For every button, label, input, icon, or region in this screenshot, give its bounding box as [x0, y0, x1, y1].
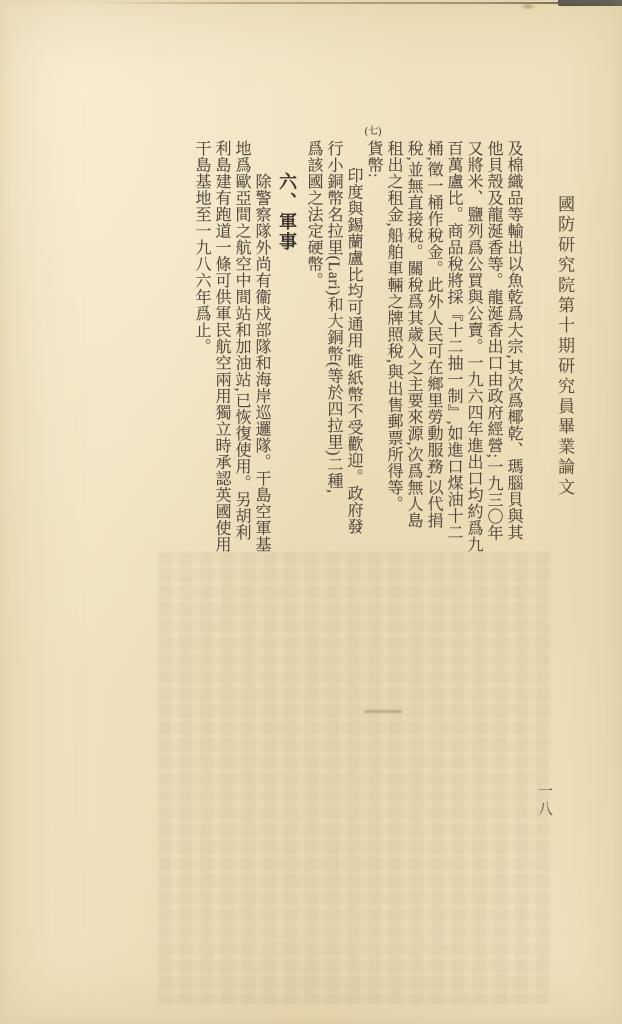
subsection-label-currency: (七)貨幣: [363, 127, 383, 547]
scan-top-edge-line [88, 2, 622, 4]
section-heading-military: 六、軍事 [275, 140, 299, 560]
text-column: 行小銅幣名拉里(Lari)和大銅幣(等於四拉里)二種, [323, 140, 343, 560]
paper-background: 國防研究院第十期研究員畢業論文 及棉織品等輸出以魚乾爲大宗,其次爲椰乾、瑪腦貝與… [0, 0, 622, 1024]
subsection-title: 貨幣: [365, 140, 382, 178]
text-column: 利島建有跑道一條可供軍民航空兩用獨立時承認英國使用 [211, 140, 231, 560]
text-column: 桶,徵一桶作稅金。此外人民可在鄉里勞動服務,以代捐 [423, 140, 443, 560]
text-column: 地爲歐亞間之航空中間站和加油站,已恢復使用。另胡利 [231, 140, 251, 560]
text-column: 印度與錫蘭盧比均可通用,唯紙幣不受歡迎。政府發 [343, 140, 363, 560]
text-column: 百萬盧比。商品稅將採『十二抽一制』,如進口煤油十二 [443, 140, 463, 560]
reverse-side-bleed-through [158, 552, 550, 1004]
running-title: 國防研究院第十期研究員畢業論文 [552, 195, 577, 498]
text-column: 除警察隊外尚有衞戍部隊和海岸巡邏隊。干島空軍基 [251, 140, 271, 560]
text-column: 及棉織品等輸出以魚乾爲大宗,其次爲椰乾、瑪腦貝與其 [503, 140, 523, 560]
scan-top-corner-bar [558, 0, 622, 6]
text-column: 干島基地至一九八六年爲止。 [191, 140, 211, 560]
scanned-document-page: { "document": { "running_title": "國防研究院第… [0, 0, 622, 1024]
text-column: 他貝殼及龍涎香等。龍涎香出口由政府經營;一九三〇年 [483, 140, 503, 560]
page-number: 一八 [534, 783, 555, 819]
text-column: 租出之租金,船舶車輛之牌照稅,與出售郵票所得等。 [383, 140, 403, 560]
main-text-block: 及棉織品等輸出以魚乾爲大宗,其次爲椰乾、瑪腦貝與其 他貝殼及龍涎香等。龍涎香出口… [201, 140, 523, 560]
text-column: 爲該國之法定硬幣。 [303, 140, 323, 560]
scan-top-stain [520, 3, 536, 10]
text-column: 又將米、鹽列爲公買與公賣。一九六四年進出口均約爲九 [463, 140, 483, 560]
bleed-through-dash [364, 710, 402, 713]
section-number: (七) [365, 127, 382, 137]
text-column: 稅,並無直接稅。關稅爲其歲入之主要來源,次爲無人島 [403, 140, 423, 560]
